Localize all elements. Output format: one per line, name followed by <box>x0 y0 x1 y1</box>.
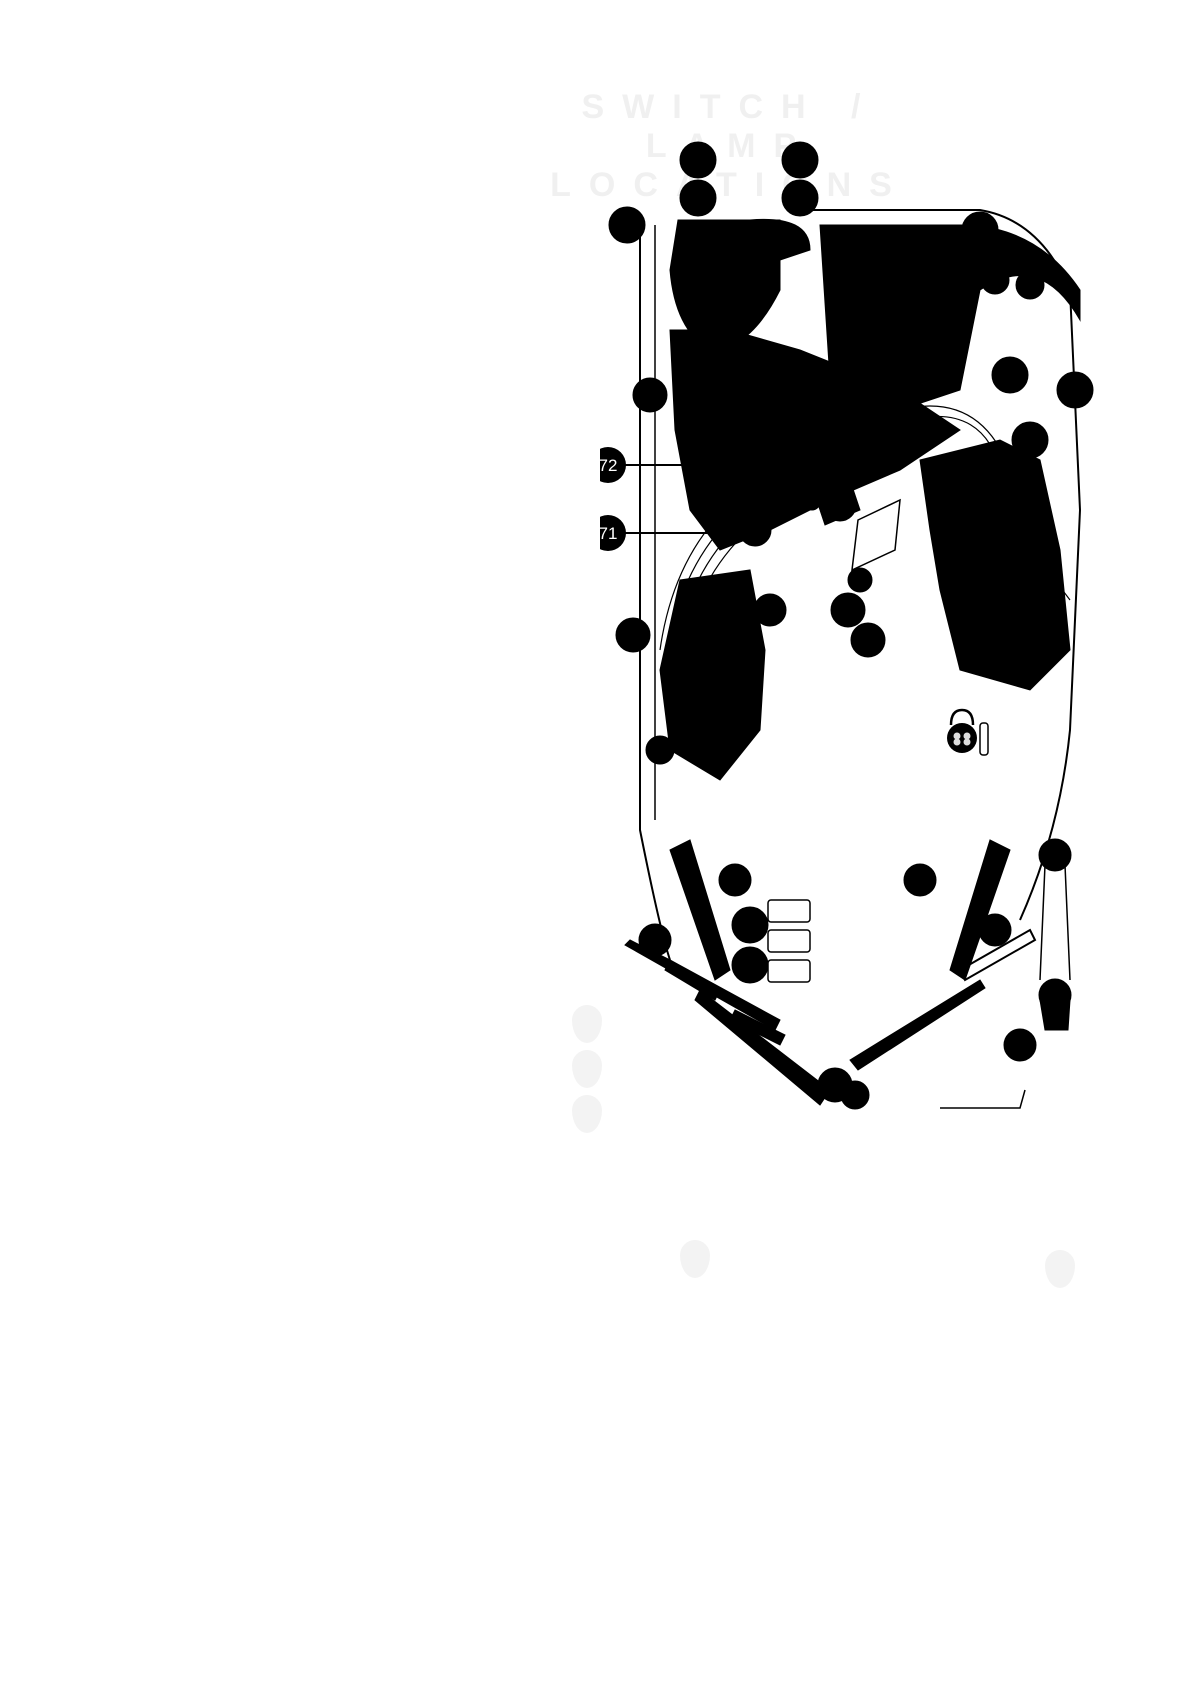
faded-mark <box>1045 1250 1075 1288</box>
callout-72: 72 <box>600 447 626 483</box>
bottom-reference-table <box>680 1350 1100 1358</box>
callout-71: 71 <box>600 515 626 551</box>
faded-mark <box>572 1050 602 1088</box>
padlock-icon <box>947 710 988 755</box>
faded-mark <box>680 1240 710 1278</box>
svg-text:72: 72 <box>600 456 617 475</box>
pinball-playfield-diagram: 72 71 <box>600 130 1120 1210</box>
faded-mark <box>572 1005 602 1043</box>
svg-text:71: 71 <box>600 524 617 543</box>
faded-mark <box>572 1095 602 1133</box>
